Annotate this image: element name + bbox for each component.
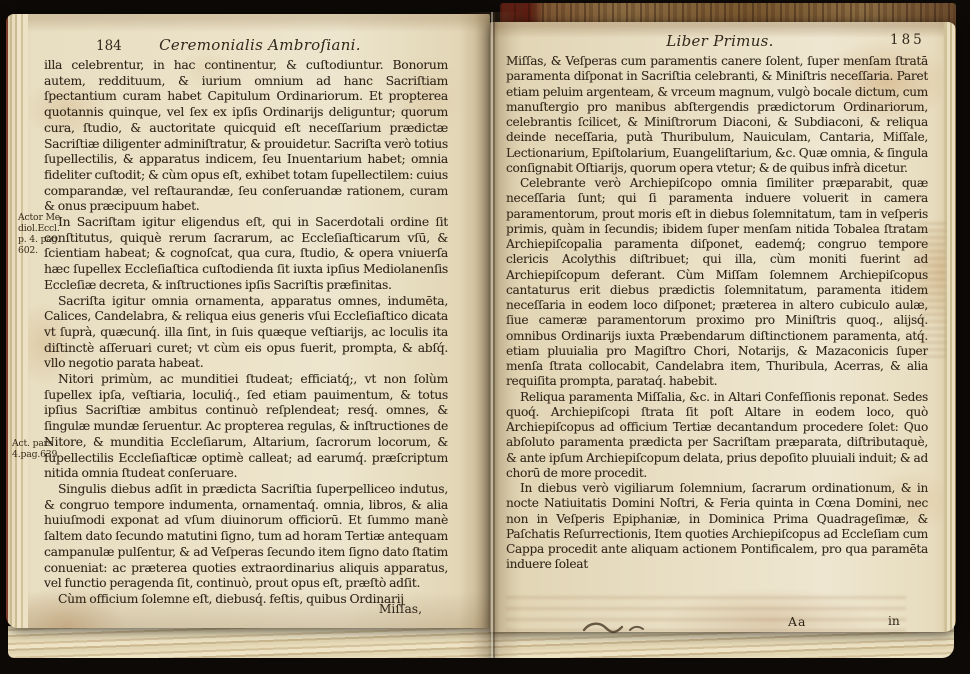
paragraph: In diebus verò vigiliarum ſolemnium, ſac… [506, 481, 928, 573]
right-catchword: in [888, 614, 900, 628]
show-through-margin-smudge [920, 222, 946, 362]
paragraph: Nitori primùm, ac munditiei ſtudeat; eff… [44, 372, 448, 482]
right-page-number: 185 [890, 32, 925, 48]
book-spread-photo: 184 Ceremonialis Ambroſiani. Actor Me di… [0, 0, 970, 674]
paragraph: Miſſas, & Veſperas cum paramentis canere… [506, 54, 928, 176]
right-page: Liber Primus. 185 Miſſas, & Veſperas cum… [490, 22, 956, 632]
right-running-title: Liber Primus. [620, 32, 820, 50]
paragraph: illa celebrentur, in hac continentur, & … [44, 58, 448, 215]
paragraph: Singulis diebus adſit in prædicta Sacriſ… [44, 482, 448, 592]
left-page-number: 184 [96, 38, 122, 54]
left-page: 184 Ceremonialis Ambroſiani. Actor Me di… [6, 14, 490, 628]
paragraph: Celebrante verò Archiepiſcopo omnia ſimi… [506, 176, 928, 390]
paragraph: Reliqua paramenta Miſſalia, &c. in Altar… [506, 390, 928, 482]
left-page-text: illa celebrentur, in hac continentur, & … [44, 58, 448, 614]
paragraph: In Sacriſtam igitur eligendus eſt, qui i… [44, 215, 448, 294]
signature-mark: Aa [788, 614, 806, 629]
ink-mark [582, 618, 652, 636]
paragraph: Sacriſta igitur omnia ornamenta, apparat… [44, 294, 448, 373]
right-page-text: Miſſas, & Veſperas cum paramentis canere… [506, 54, 928, 610]
left-running-title: Ceremonialis Ambroſiani. [126, 36, 394, 54]
left-catchword: Miſſas, [379, 602, 422, 616]
show-through-smudge [506, 592, 906, 636]
